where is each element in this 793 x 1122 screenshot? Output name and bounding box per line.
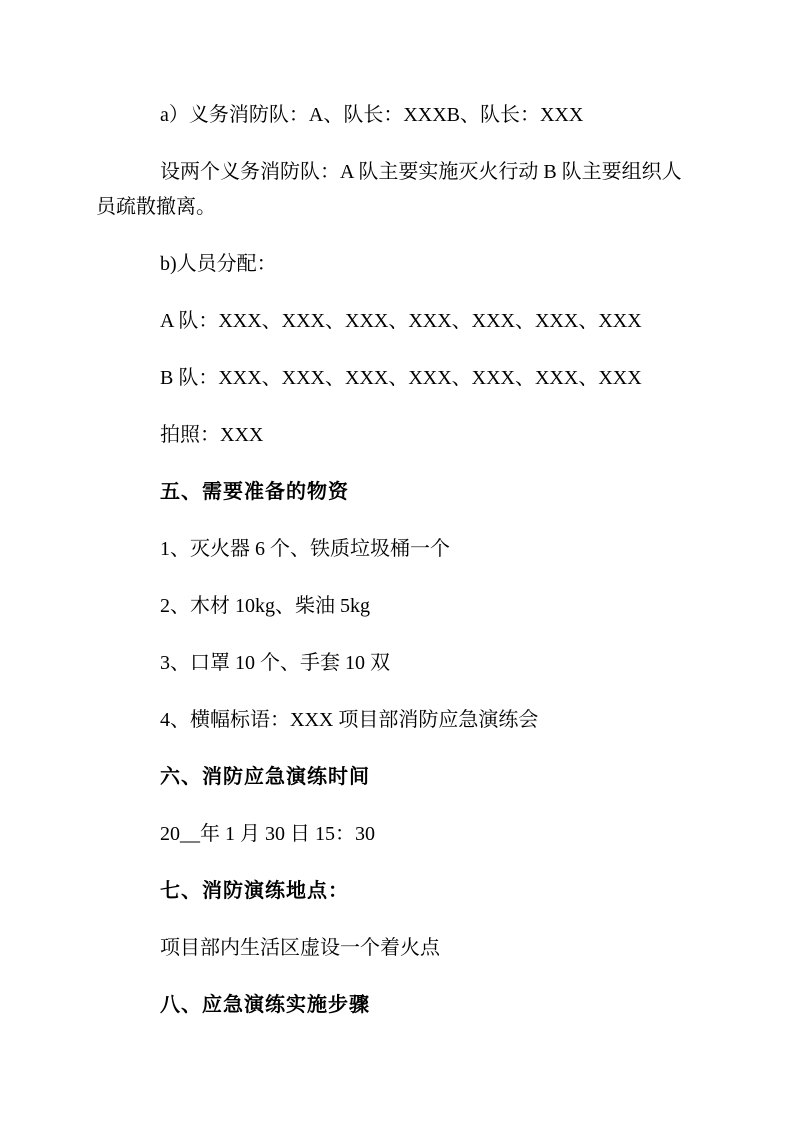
text-line: 员疏散撤离。 <box>96 190 697 225</box>
heading-text: 七、消防演练地点： <box>96 874 697 909</box>
heading-text: 八、应急演练实施步骤 <box>96 988 697 1023</box>
text-line: 3、口罩 10 个、手套 10 双 <box>96 646 697 681</box>
document-page: a）义务消防队：A、队长：XXXB、队长：XXX 设两个义务消防队：A 队主要实… <box>0 0 793 1122</box>
text-line: a）义务消防队：A、队长：XXXB、队长：XXX <box>96 98 697 133</box>
text-line: 1、灭火器 6 个、铁质垃圾桶一个 <box>96 532 697 567</box>
line-team-b-members: B 队：XXX、XXX、XXX、XXX、XXX、XXX、XXX <box>96 361 697 396</box>
heading-section-6-drill-time: 六、消防应急演练时间 <box>96 760 697 795</box>
item-1-extinguishers-bin: 1、灭火器 6 个、铁质垃圾桶一个 <box>96 532 697 567</box>
heading-section-8-implementation-steps: 八、应急演练实施步骤 <box>96 988 697 1023</box>
text-line: A 队：XXX、XXX、XXX、XXX、XXX、XXX、XXX <box>96 304 697 339</box>
item-4-banner-slogan: 4、横幅标语：XXX 项目部消防应急演练会 <box>96 703 697 738</box>
text-line: B 队：XXX、XXX、XXX、XXX、XXX、XXX、XXX <box>96 361 697 396</box>
heading-section-7-drill-location: 七、消防演练地点： <box>96 874 697 909</box>
item-b-personnel-allocation: b)人员分配： <box>96 247 697 282</box>
line-team-a-members: A 队：XXX、XXX、XXX、XXX、XXX、XXX、XXX <box>96 304 697 339</box>
text-line: 项目部内生活区虚设一个着火点 <box>96 931 697 966</box>
text-line: 20__年 1 月 30 日 15：30 <box>96 817 697 852</box>
line-drill-datetime: 20__年 1 月 30 日 15：30 <box>96 817 697 852</box>
text-line: 4、横幅标语：XXX 项目部消防应急演练会 <box>96 703 697 738</box>
line-photographer: 拍照：XXX <box>96 418 697 453</box>
heading-text: 五、需要准备的物资 <box>96 475 697 510</box>
item-2-wood-diesel: 2、木材 10kg、柴油 5kg <box>96 589 697 624</box>
text-line: 设两个义务消防队：A 队主要实施灭火行动 B 队主要组织人 <box>96 155 697 190</box>
item-3-masks-gloves: 3、口罩 10 个、手套 10 双 <box>96 646 697 681</box>
item-a-volunteer-fire-brigade: a）义务消防队：A、队长：XXXB、队长：XXX <box>96 98 697 133</box>
text-line: 拍照：XXX <box>96 418 697 453</box>
text-line: 2、木材 10kg、柴油 5kg <box>96 589 697 624</box>
heading-text: 六、消防应急演练时间 <box>96 760 697 795</box>
heading-section-5-materials: 五、需要准备的物资 <box>96 475 697 510</box>
text-line: b)人员分配： <box>96 247 697 282</box>
line-drill-location: 项目部内生活区虚设一个着火点 <box>96 931 697 966</box>
para-two-brigades-description: 设两个义务消防队：A 队主要实施灭火行动 B 队主要组织人 员疏散撤离。 <box>96 155 697 225</box>
